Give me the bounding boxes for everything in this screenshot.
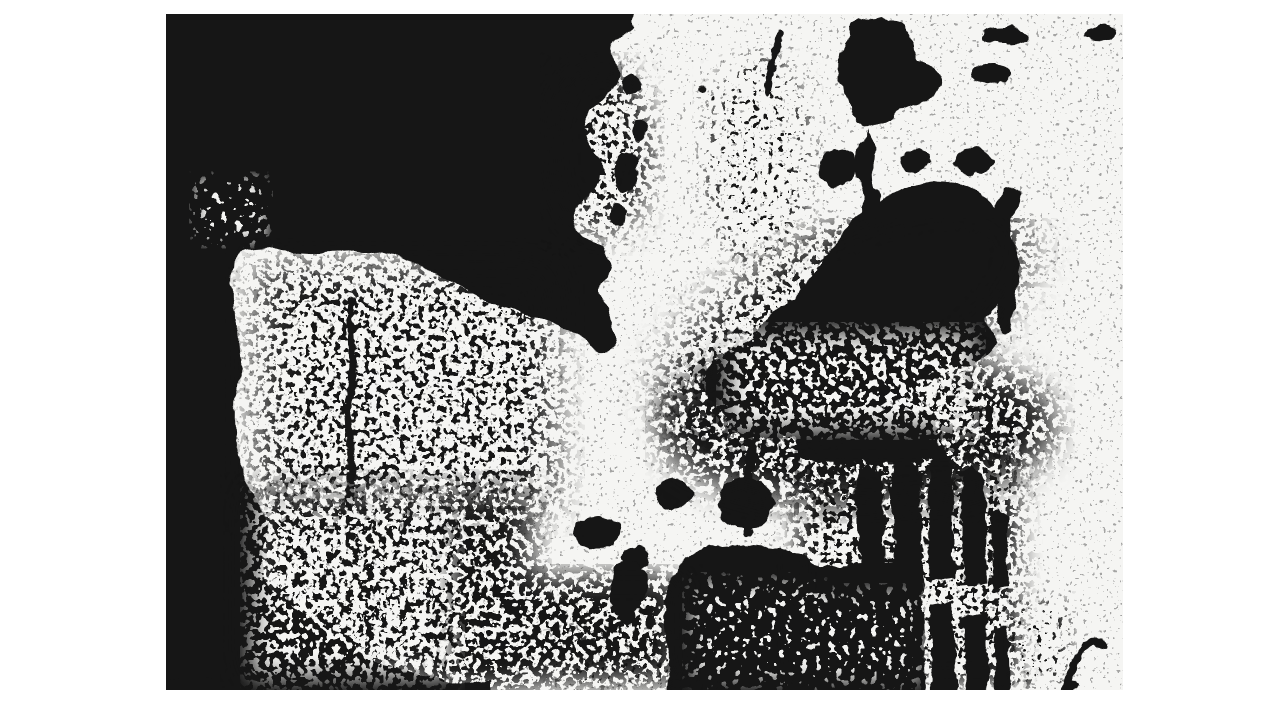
cluster-arm-lower [972, 64, 1013, 83]
halftone-photograph [0, 0, 1280, 720]
holes-patch [240, 480, 465, 690]
holes-patch [188, 170, 274, 252]
photo-area [140, 0, 1123, 702]
photo-canvas [0, 0, 1280, 720]
holes-patch [716, 322, 986, 440]
speckle-patch [690, 48, 830, 283]
cluster-arm-upper [982, 28, 1028, 46]
dash-top-right-corner [1085, 27, 1116, 40]
speckle-patch [990, 588, 1082, 694]
oval-spot-left [901, 149, 931, 171]
oval-spot-right [953, 148, 993, 174]
holes-patch [792, 582, 932, 692]
